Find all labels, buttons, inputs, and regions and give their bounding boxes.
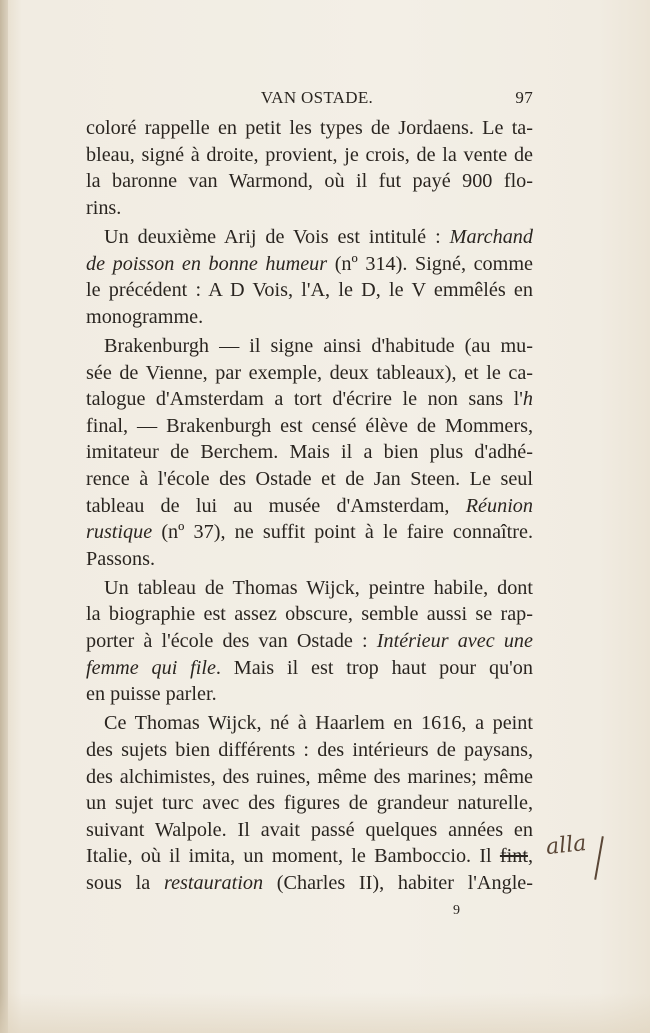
text-run: , [528,845,533,867]
text-line: Passons. [86,546,533,573]
page-number: 97 [515,88,533,108]
text-line: Un tableau de Thomas Wijck, peintre habi… [86,575,533,602]
text-run: (nº 314). Signé, comme [327,253,533,275]
text-line: talogue d'Amsterdam a tort d'écrire le n… [86,386,533,413]
page-gutter [0,0,8,1033]
text-line: sée de Vienne, par exemple, deux tableau… [86,360,533,387]
text-line: sous la restauration (Charles II), habit… [86,870,533,897]
text-run: (nº 37), ne suffit point à le faire conn… [152,521,533,543]
text-line: imitateur de Berchem. Mais il a bien plu… [86,439,533,466]
signature-mark: 9 [453,903,460,919]
text-run: sous la [86,872,164,894]
text-line: des alchimistes, des ruines, même des ma… [86,764,533,791]
text-line: Ce Thomas Wijck, né à Haarlem en 1616, a… [86,710,533,737]
text-line: tableau de lui au musée d'Amsterdam, Réu… [86,493,533,520]
italic-title: de poisson en bonne humeur [86,253,327,275]
text-line: Italie, où il imita, un moment, le Bambo… [86,843,533,870]
text-run: porter à l'école des van Ostade : [86,630,377,652]
body-text: coloré rappelle en petit les types de Jo… [86,115,533,899]
text-line: un sujet turc avec des figures de grande… [86,790,533,817]
text-line: de poisson en bonne humeur (nº 314). Sig… [86,251,533,278]
text-line: la biographie est assez obscure, semble … [86,601,533,628]
text-line: porter à l'école des van Ostade : Intéri… [86,628,533,655]
text-line: bleau, signé à droite, provient, je croi… [86,142,533,169]
text-line: suivant Walpole. Il avait passé quelques… [86,817,533,844]
italic-title: Réunion [466,495,533,517]
italic-title: femme qui file [86,657,216,679]
text-line: coloré rappelle en petit les types de Jo… [86,115,533,142]
italic-term: restauration [164,872,263,894]
text-line: Un deuxième Arij de Vois est intitulé : … [86,224,533,251]
text-line: le précédent : A D Vois, l'A, le D, le V… [86,277,533,304]
text-run: talogue d'Amsterdam a tort d'écrire le n… [86,388,523,410]
text-line: rustique (nº 37), ne suffit point à le f… [86,519,533,546]
italic-title: Marchand [450,226,533,248]
running-head: VAN OSTADE. 97 [101,88,533,112]
running-title: VAN OSTADE. [101,88,533,108]
text-line: rins. [86,195,533,222]
text-run: Un deuxième Arij de Vois est intitulé : [104,226,450,248]
text-run: . Mais il est trop haut pour qu'on [216,657,533,679]
text-line: femme qui file. Mais il est trop haut po… [86,655,533,682]
text-run: Italie, où il imita, un moment, le Bambo… [86,845,500,867]
handwritten-marginal-note: alla [545,831,588,860]
text-line: final, — Brakenburgh est censé élève de … [86,413,533,440]
struck-word: fint [500,845,528,867]
paragraph: coloré rappelle en petit les types de Jo… [86,115,533,221]
paragraph: Ce Thomas Wijck, né à Haarlem en 1616, a… [86,710,533,896]
paragraph: Un deuxième Arij de Vois est intitulé : … [86,224,533,330]
text-line: la baronne van Warmond, où il fut payé 9… [86,168,533,195]
book-page: VAN OSTADE. 97 coloré rappelle en petit … [0,0,650,1033]
italic-title: rustique [86,521,152,543]
text-line: des sujets bien différents : des intérie… [86,737,533,764]
text-run: (Charles II), habiter l'Angle- [263,872,533,894]
paragraph: Un tableau de Thomas Wijck, peintre habi… [86,575,533,708]
text-run: tableau de lui au musée d'Amsterdam, [86,495,466,517]
handwritten-bracket [594,836,604,880]
text-line: rence à l'école des Ostade et de Jan Ste… [86,466,533,493]
text-line: en puisse parler. [86,681,533,708]
italic-title: Intérieur avec une [377,630,533,652]
text-line: monogramme. [86,304,533,331]
text-line: Brakenburgh — il signe ainsi d'habitude … [86,333,533,360]
paragraph: Brakenburgh — il signe ainsi d'habitude … [86,333,533,572]
italic-letter: h [523,388,533,410]
